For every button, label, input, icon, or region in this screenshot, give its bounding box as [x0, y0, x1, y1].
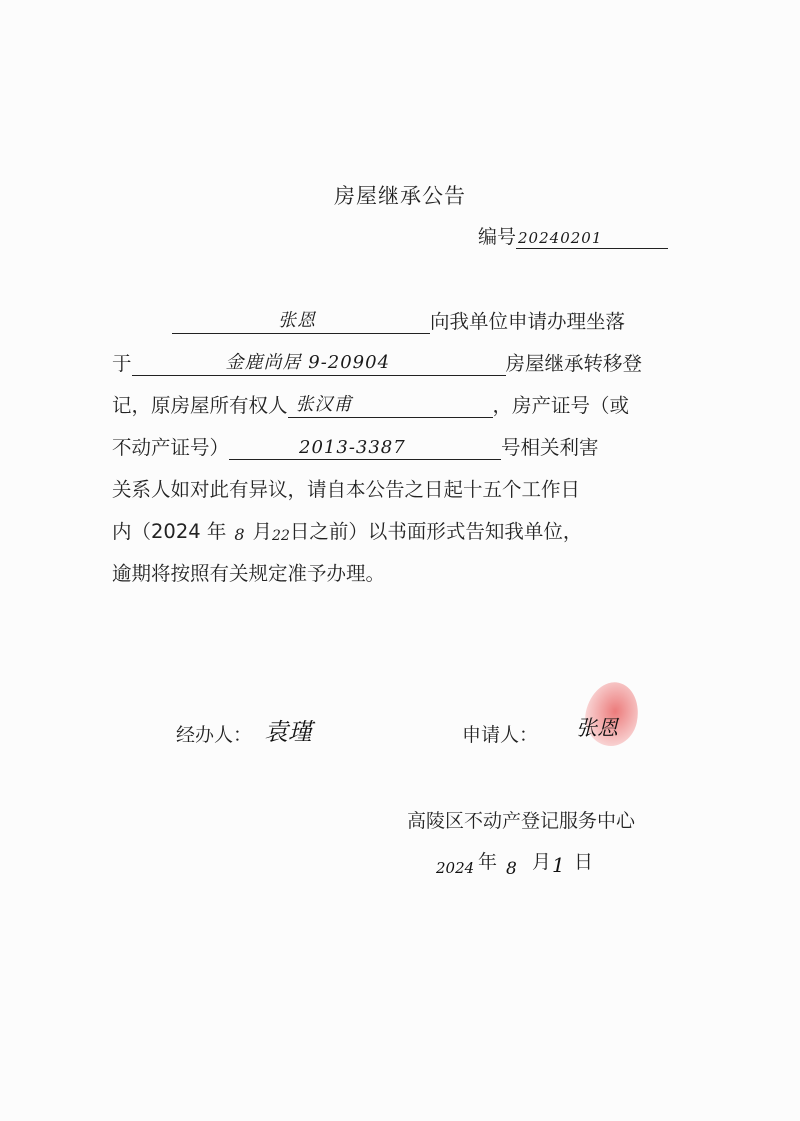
line-4-prefix: 不动产证号） — [112, 432, 229, 460]
applicant-signature: 张恩 — [576, 712, 618, 742]
issue-date: 2024 年 8 月 1 日 — [436, 845, 636, 885]
line-4-text: 号相关利害 — [501, 432, 599, 460]
body-line-3: 记，原房屋所有权人 张汉甫 ，房产证号（或 — [112, 388, 629, 418]
serial-number: 编号 20240201 — [478, 222, 668, 249]
body-line-1: 张恩 向我单位申请办理坐落 — [172, 304, 625, 334]
line-2-text: 房屋继承转移登 — [506, 348, 643, 376]
body-line-7: 逾期将按照有关规定准予办理。 — [112, 556, 385, 586]
handler-label: 经办人： — [176, 720, 252, 747]
deadline-month: 8 — [234, 525, 244, 544]
line-3-prefix: 记，原房屋所有权人 — [112, 390, 288, 418]
line-6-prefix: 内（2024 年 — [112, 516, 226, 544]
day-label: 日 — [574, 847, 593, 874]
line-1-text: 向我单位申请办理坐落 — [430, 306, 625, 334]
property-location: 金鹿尚居 9-20904 — [226, 348, 391, 374]
date-day: 1 — [552, 853, 565, 877]
cert-blank: 2013-3387 — [229, 435, 501, 460]
serial-blank: 20240201 — [516, 224, 668, 249]
month-label: 月 — [253, 516, 273, 544]
serial-label: 编号 — [478, 222, 516, 249]
month-label-footer: 月 — [532, 847, 551, 874]
line-6-text: 日之前）以书面形式告知我单位， — [290, 516, 583, 544]
line-7-text: 逾期将按照有关规定准予办理。 — [112, 558, 385, 586]
serial-value: 20240201 — [518, 229, 602, 247]
applicant-label: 申请人： — [462, 720, 538, 747]
line-3-text: ，房产证号（或 — [493, 390, 630, 418]
owner-blank: 张汉甫 — [288, 393, 493, 418]
line-5-text: 关系人如对此有异议，请自本公告之日起十五个工作日 — [112, 474, 580, 502]
body-line-5: 关系人如对此有异议，请自本公告之日起十五个工作日 — [112, 472, 580, 502]
body-line-6: 内（2024 年 8 月 22 日之前）以书面形式告知我单位， — [112, 514, 582, 544]
body-line-4: 不动产证号） 2013-3387 号相关利害 — [112, 430, 599, 460]
year-label: 年 — [478, 847, 497, 874]
handler-signature: 袁瑾 — [264, 712, 312, 747]
certificate-number: 2013-3387 — [299, 437, 406, 458]
date-month: 8 — [506, 859, 517, 879]
deadline-day: 22 — [272, 528, 290, 544]
applicant-name: 张恩 — [278, 306, 316, 332]
applicant-blank: 张恩 — [172, 309, 430, 334]
body-line-2: 于 金鹿尚居 9-20904 房屋继承转移登 — [112, 346, 642, 376]
document-page: 房屋继承公告 编号 20240201 张恩 向我单位申请办理坐落 于 金鹿尚居 … — [0, 0, 800, 1121]
line-2-prefix: 于 — [112, 348, 132, 376]
original-owner: 张汉甫 — [296, 390, 353, 416]
organization-name: 高陵区不动产登记服务中心 — [407, 806, 635, 833]
location-blank: 金鹿尚居 9-20904 — [132, 351, 506, 376]
date-year: 2024 — [436, 859, 474, 877]
document-title: 房屋继承公告 — [0, 180, 800, 210]
